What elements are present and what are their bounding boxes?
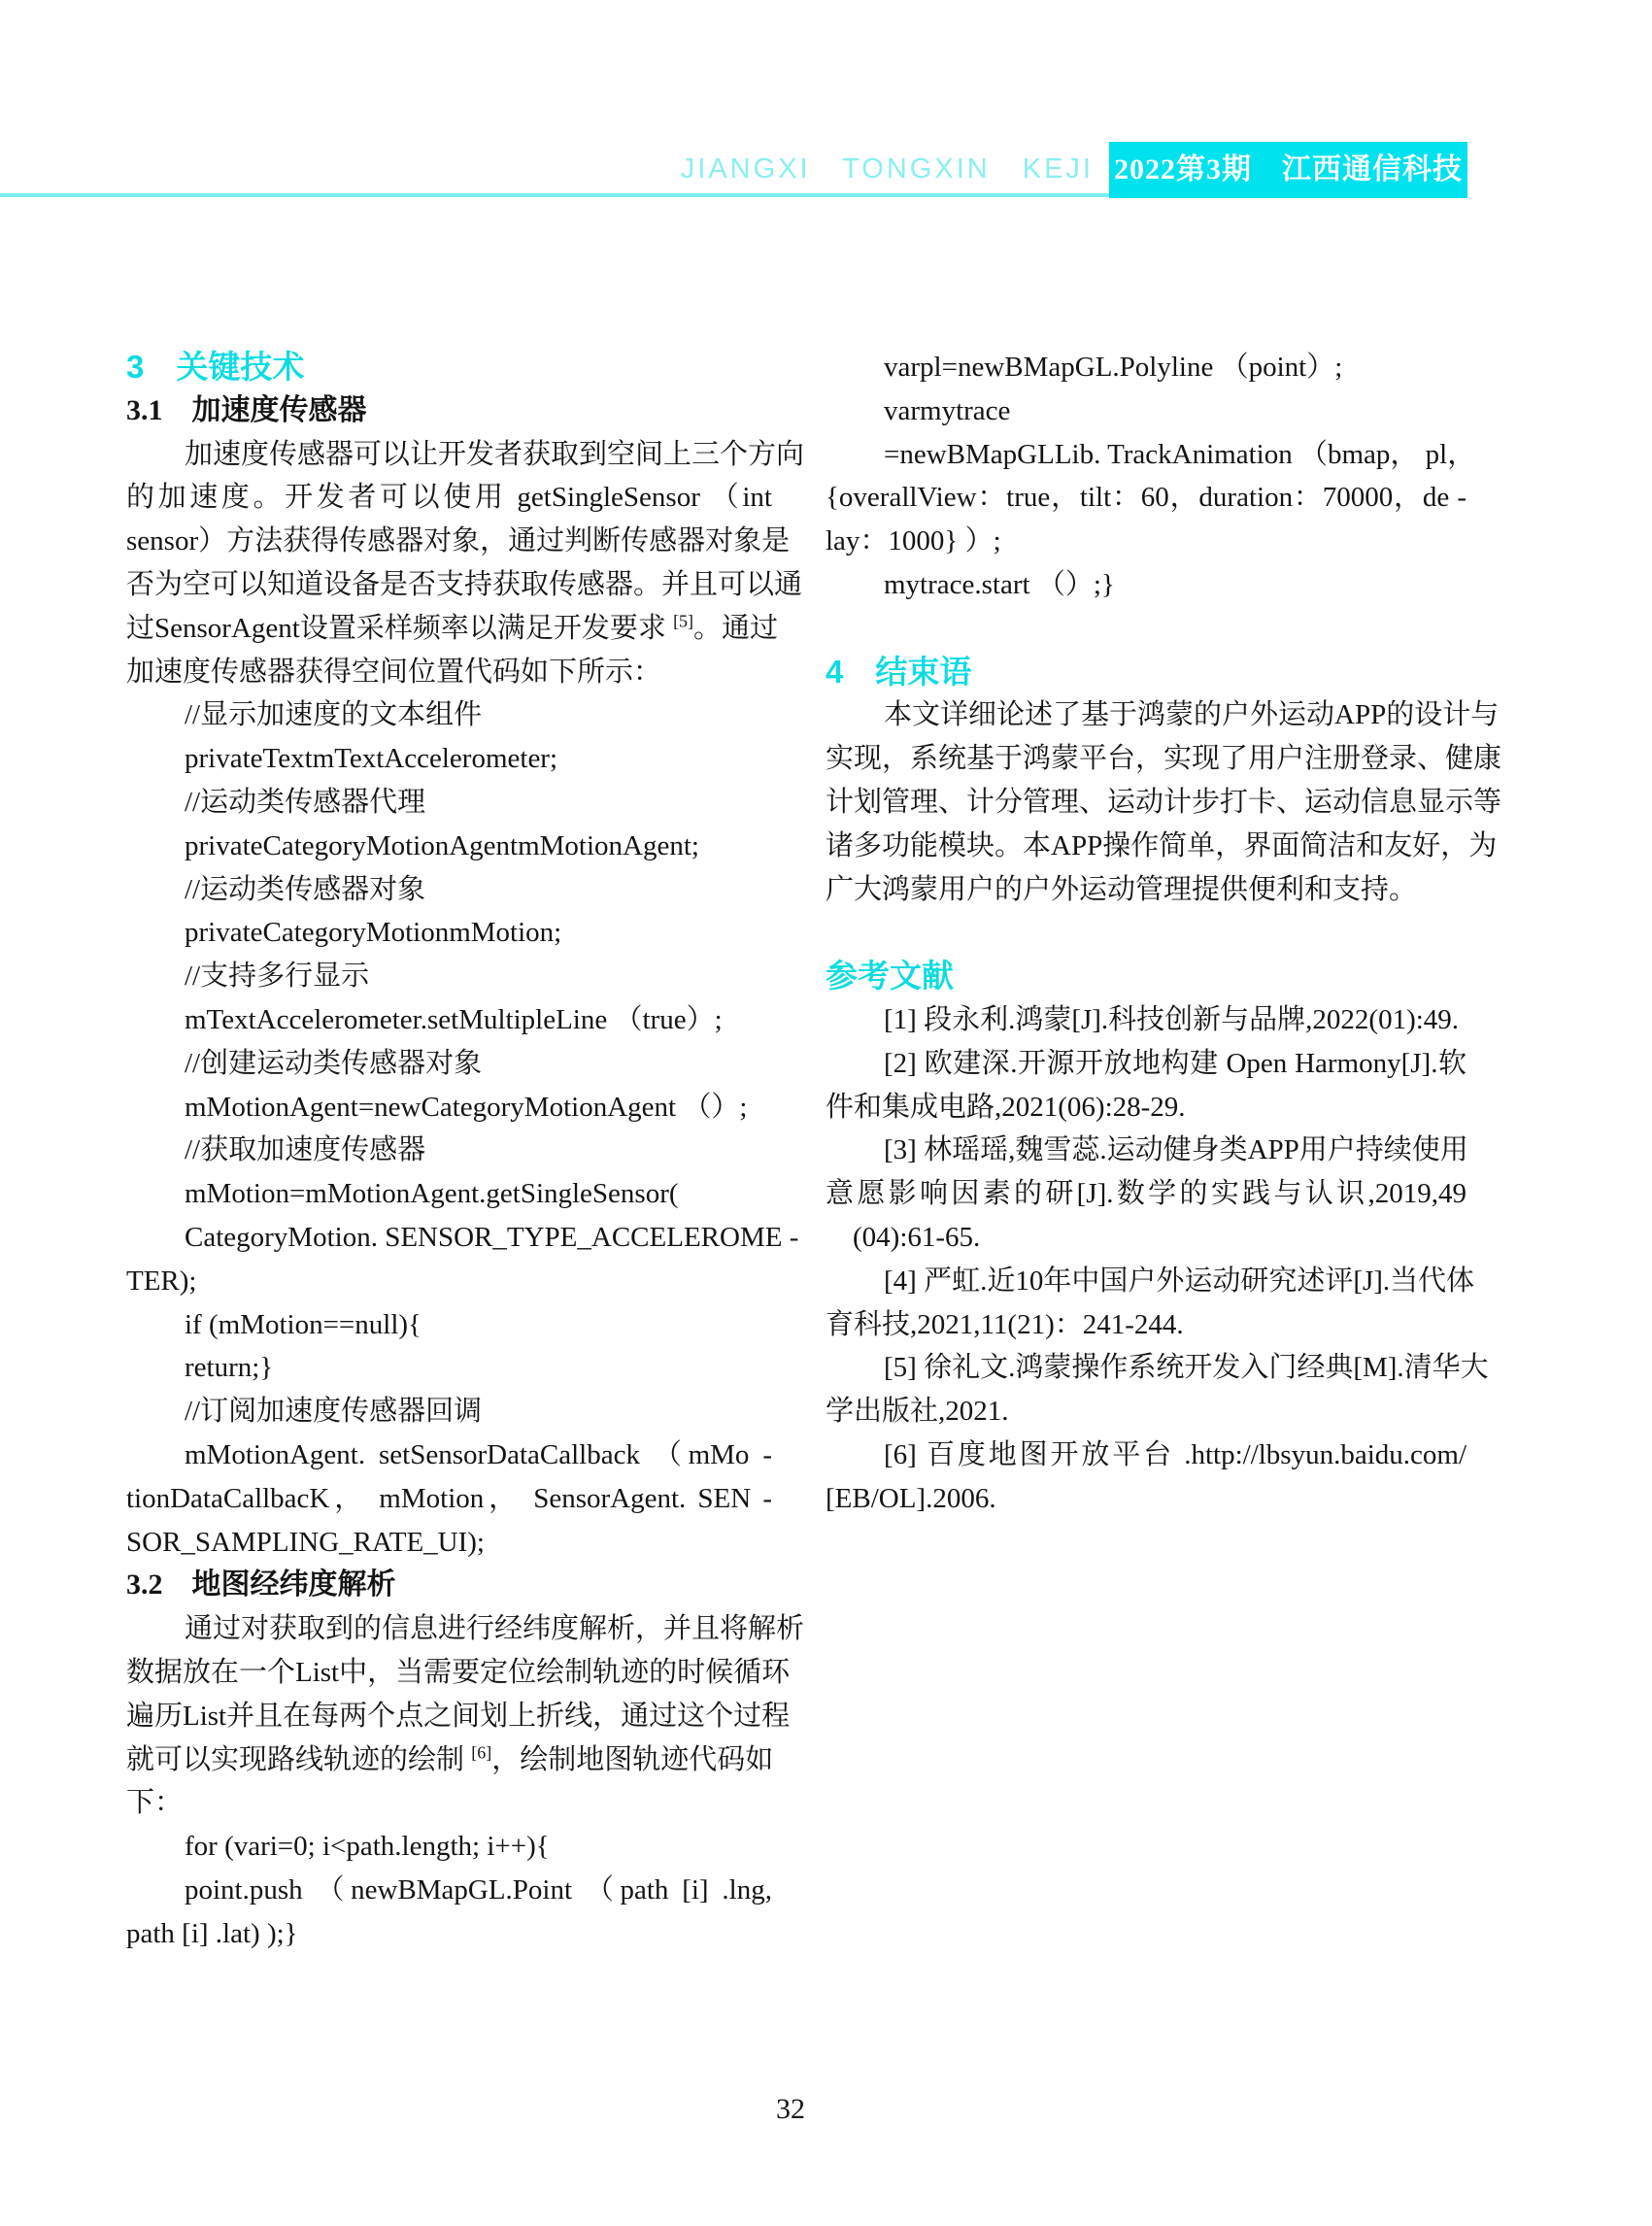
text-line: mytrace.start （）;} xyxy=(826,563,1467,607)
text-line: [EB/OL].2006. xyxy=(826,1477,1467,1521)
subsection-heading: 3.2 地图经纬度解析 xyxy=(126,1564,772,1607)
text-line: 育科技,2021,11(21)：241-244. xyxy=(826,1303,1467,1347)
text-line: 学出版社,2021. xyxy=(826,1390,1467,1433)
text-line: =newBMapGLLib. TrackAnimation （bmap， pl， xyxy=(826,433,1467,477)
text-line: mMotionAgent=newCategoryMotionAgent （）; xyxy=(126,1086,772,1130)
text-line: 本文详细论述了基于鸿蒙的户外运动APP的设计与 xyxy=(826,693,1467,737)
text-line: //运动类传感器对象 xyxy=(126,868,772,912)
text-line: 意愿影响因素的研[J].数学的实践与认识,2019,49 xyxy=(826,1172,1467,1216)
journal-page: JIANGXI TONGXIN KEJI 2022第3期 江西通信科技 3 关键… xyxy=(0,0,1652,2226)
text-line: varmytrace xyxy=(826,389,1467,433)
text-line: 遍历List并且在每两个点之间划上折线，通过这个过程 xyxy=(126,1695,772,1738)
text-line: [6] 百度地图开放平台 .http://lbsyun.baidu.com/ xyxy=(826,1433,1467,1477)
text-line: 加速度传感器获得空间位置代码如下所示： xyxy=(126,651,772,694)
text-line: 的加速度。开发者可以使用 getSingleSensor （int xyxy=(126,476,772,520)
text-line: privateCategoryMotionAgentmMotionAgent; xyxy=(126,825,772,868)
subsection-heading: 3.1 加速度传感器 xyxy=(126,389,772,433)
text-line: TER); xyxy=(126,1260,772,1303)
text-line: if (mMotion==null){ xyxy=(126,1303,772,1347)
text-line: [2] 欧建深.开源开放地构建 Open Harmony[J].软 xyxy=(826,1042,1467,1086)
text-line: //订阅加速度传感器回调 xyxy=(126,1390,772,1433)
text-line: [3] 林瑶瑶,魏雪蕊.运动健身类APP用户持续使用 xyxy=(826,1129,1467,1172)
text-line: sensor）方法获得传感器对象，通过判断传感器对象是 xyxy=(126,520,772,563)
text-line: 加速度传感器可以让开发者获取到空间上三个方向 xyxy=(126,433,772,477)
text-line: 通过对获取到的信息进行经纬度解析，并且将解析 xyxy=(126,1607,772,1651)
text-line: //创建运动类传感器对象 xyxy=(126,1042,772,1086)
text-line: varpl=newBMapGL.Polyline （point）; xyxy=(826,346,1467,389)
blank-line xyxy=(826,911,1467,955)
issue-banner-text: 2022第3期 江西通信科技 xyxy=(1114,153,1463,185)
left-column: 3 关键技术3.1 加速度传感器加速度传感器可以让开发者获取到空间上三个方向的加… xyxy=(126,346,772,1955)
text-line: lay：1000} ）; xyxy=(826,520,1467,563)
text-line: privateTextmTextAccelerometer; xyxy=(126,737,772,781)
section-heading: 3 关键技术 xyxy=(126,346,772,389)
text-line: 就可以实现路线轨迹的绘制 [6]，绘制地图轨迹代码如 xyxy=(126,1738,772,1782)
text-line: tionDataCallbacK， mMotion， SensorAgent. … xyxy=(126,1477,772,1521)
text-line: //显示加速度的文本组件 xyxy=(126,693,772,737)
text-line: 实现，系统基于鸿蒙平台，实现了用户注册登录、健康 xyxy=(826,737,1467,781)
text-line: [4] 严虹.近10年中国户外运动研究述评[J].当代体 xyxy=(826,1260,1467,1303)
text-line: return;} xyxy=(126,1346,772,1390)
text-line: //获取加速度传感器 xyxy=(126,1129,772,1172)
section-heading: 4 结束语 xyxy=(826,651,1467,694)
text-line: path [i] .lat) );} xyxy=(126,1912,772,1956)
text-line: 件和集成电路,2021(06):28-29. xyxy=(826,1086,1467,1130)
text-line: 数据放在一个List中，当需要定位绘制轨迹的时候循环 xyxy=(126,1651,772,1695)
text-line: mMotionAgent. setSensorDataCallback （mMo… xyxy=(126,1433,772,1477)
text-line: for (vari=0; i<path.length; i++){ xyxy=(126,1825,772,1869)
journal-name-pinyin: JIANGXI TONGXIN KEJI xyxy=(0,153,1094,185)
text-line: mMotion=mMotionAgent.getSingleSensor( xyxy=(126,1172,772,1216)
text-line: 广大鸿蒙用户的户外运动管理提供便利和支持。 xyxy=(826,868,1467,912)
text-line: SOR_SAMPLING_RATE_UI); xyxy=(126,1521,772,1565)
text-line: CategoryMotion. SENSOR_TYPE_ACCELEROME - xyxy=(126,1216,772,1260)
section-heading: 参考文献 xyxy=(826,955,1467,998)
text-line: (04):61-65. xyxy=(826,1216,1467,1260)
text-line: 过SensorAgent设置采样频率以满足开发要求 [5]。通过 xyxy=(126,607,772,651)
text-line: 计划管理、计分管理、运动计步打卡、运动信息显示等 xyxy=(826,781,1467,825)
text-line: 诸多功能模块。本APP操作简单，界面简洁和友好，为 xyxy=(826,825,1467,868)
text-line: mTextAccelerometer.setMultipleLine （true… xyxy=(126,998,772,1042)
blank-line xyxy=(826,607,1467,651)
text-line: privateCategoryMotionmMotion; xyxy=(126,911,772,955)
issue-banner: 2022第3期 江西通信科技 xyxy=(1109,142,1467,198)
text-line: 下： xyxy=(126,1781,772,1825)
right-column: varpl=newBMapGL.Polyline （point）;varmytr… xyxy=(826,346,1467,1521)
header-rule xyxy=(0,193,1109,197)
text-line: 否为空可以知道设备是否支持获取传感器。并且可以通 xyxy=(126,563,772,607)
text-line: {overallView：true，tilt：60，duration：70000… xyxy=(826,476,1467,520)
text-line: //支持多行显示 xyxy=(126,955,772,998)
text-line: [1] 段永利.鸿蒙[J].科技创新与品牌,2022(01):49. xyxy=(826,998,1467,1042)
text-line: point.push （newBMapGL.Point （path [i] .l… xyxy=(126,1869,772,1912)
page-number: 32 xyxy=(752,2088,829,2131)
text-line: [5] 徐礼文.鸿蒙操作系统开发入门经典[M].清华大 xyxy=(826,1346,1467,1390)
text-line: //运动类传感器代理 xyxy=(126,781,772,825)
